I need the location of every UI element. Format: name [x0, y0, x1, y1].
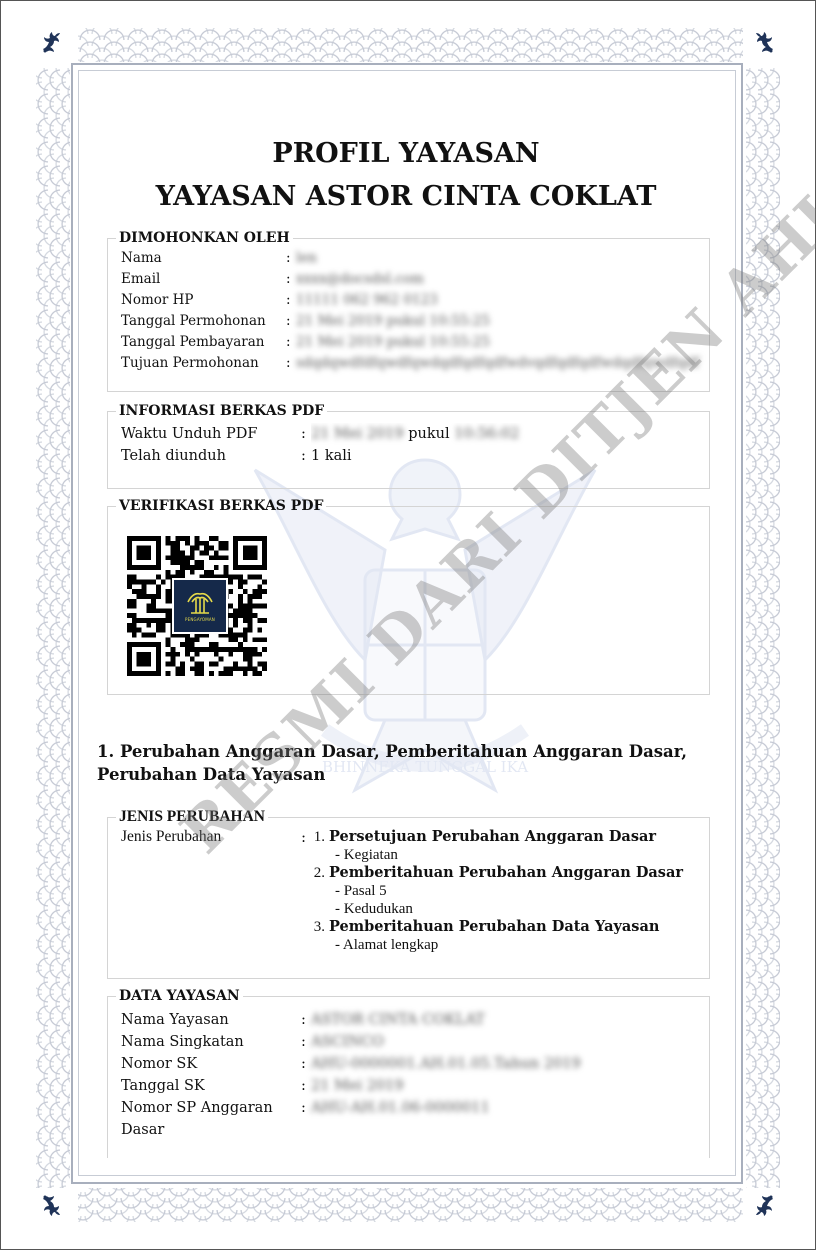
info-value: 11111 062 962 0123	[296, 290, 709, 311]
info-row: Nomor SK:AHU-0000001.AH.01.05.Tahun 2019	[121, 1053, 681, 1075]
info-value: xxxx@docsdsl.com	[296, 269, 709, 290]
info-label: Tanggal Permohonan	[121, 311, 286, 332]
info-value: 21 Mei 2019	[311, 1075, 681, 1097]
change-type-label: Jenis Perubahan	[121, 828, 301, 954]
corner-ornament-icon	[39, 29, 65, 55]
info-value: ASTOR CINTA COKLAT	[311, 1009, 681, 1031]
change-type-section: JENIS PERUBAHAN Jenis Perubahan : 1.Pers…	[107, 808, 710, 979]
pengayoman-tree-icon	[185, 590, 215, 616]
foundation-data-section: DATA YAYASAN Nama Yayasan:ASTOR CINTA CO…	[107, 988, 710, 1158]
download-time-value: 21 Mei 2019 pukul 10:56:02	[311, 423, 709, 445]
info-value: ASCINCO	[311, 1031, 681, 1053]
corner-ornament-icon	[751, 29, 777, 55]
download-time-row: Waktu Unduh PDF : 21 Mei 2019 pukul 10:5…	[121, 423, 709, 445]
change-type-item: 2.Pemberitahuan Perubahan Anggaran Dasar	[309, 864, 683, 882]
applicant-section: DIMOHONKAN OLEH Nama:lenEmail:xxxx@docsd…	[107, 230, 710, 392]
download-count-value: 1 kali	[311, 445, 709, 467]
info-row: Nama:len	[121, 248, 709, 269]
change-type-name: Persetujuan Perubahan Anggaran Dasar	[329, 828, 656, 845]
info-label: Tujuan Permohonan	[121, 353, 286, 374]
guilloche-border-right	[746, 68, 780, 1188]
corner-ornament-icon	[751, 1193, 777, 1219]
info-row: Tanggal SK:21 Mei 2019	[121, 1075, 681, 1097]
info-row: Tanggal Pembayaran:21 Mei 2019 pukul 10:…	[121, 332, 709, 353]
change-type-name: Pemberitahuan Perubahan Anggaran Dasar	[329, 864, 683, 881]
info-row: Tujuan Permohonan:sdqdqwdfdfqwdfqwdqdfqd…	[121, 353, 709, 374]
info-label: Nomor SP Anggaran Dasar	[121, 1097, 301, 1141]
info-row: Email:xxxx@docsdsl.com	[121, 269, 709, 290]
section-1-heading: 1. Perubahan Anggaran Dasar, Pemberitahu…	[97, 740, 697, 786]
foundation-rows: Nama Yayasan:ASTOR CINTA COKLATNama Sing…	[108, 1004, 681, 1141]
document-header: PROFIL YAYASAN YAYASAN ASTOR CINTA COKLA…	[96, 130, 716, 216]
info-row: Nama Yayasan:ASTOR CINTA COKLAT	[121, 1009, 681, 1031]
pdf-info-legend: INFORMASI BERKAS PDF	[116, 403, 327, 419]
info-value: 21 Mei 2019 pukul 10:55:25	[296, 332, 709, 353]
info-row: Tanggal Permohonan:21 Mei 2019 pukul 10:…	[121, 311, 709, 332]
document-title: PROFIL YAYASAN	[96, 135, 716, 173]
download-time-label: Waktu Unduh PDF	[121, 423, 301, 445]
pdf-info-section: INFORMASI BERKAS PDF Waktu Unduh PDF : 2…	[107, 403, 710, 489]
foundation-name-title: YAYASAN ASTOR CINTA COKLAT	[96, 178, 716, 216]
change-type-detail: - Pasal 5	[309, 882, 683, 900]
change-type-detail: - Kedudukan	[309, 900, 683, 918]
change-type-item: 1.Persetujuan Perubahan Anggaran Dasar	[309, 828, 683, 846]
info-label: Email	[121, 269, 286, 290]
change-type-detail: - Kegiatan	[309, 846, 683, 864]
info-value: sdqdqwdfdfqwdfqwdqdfqdfqdfwdvqdfqdfqdfwd…	[296, 353, 709, 374]
info-label: Tanggal Pembayaran	[121, 332, 286, 353]
info-row: Nomor HP:11111 062 962 0123	[121, 290, 709, 311]
info-label: Nomor SK	[121, 1053, 301, 1075]
pengayoman-logo: PENGAYOMAN	[172, 578, 228, 634]
change-type-list: 1.Persetujuan Perubahan Anggaran Dasar- …	[309, 828, 683, 954]
change-type-name: Pemberitahuan Perubahan Data Yayasan	[329, 918, 659, 935]
corner-ornament-icon	[39, 1193, 65, 1219]
info-label: Tanggal SK	[121, 1075, 301, 1097]
applicant-rows: Nama:lenEmail:xxxx@docsdsl.comNomor HP:1…	[108, 246, 709, 374]
guilloche-border-left	[36, 68, 70, 1188]
guilloche-border-bottom	[78, 1188, 743, 1222]
info-value: len	[296, 248, 709, 269]
download-count-row: Telah diunduh : 1 kali	[121, 445, 709, 467]
info-row: Nomor SP Anggaran Dasar:AHU-AH.01.06-000…	[121, 1097, 681, 1141]
info-label: Nama	[121, 248, 286, 269]
download-count-label: Telah diunduh	[121, 445, 301, 467]
change-type-item: 3.Pemberitahuan Perubahan Data Yayasan	[309, 918, 683, 936]
info-row: Nama Singkatan:ASCINCO	[121, 1031, 681, 1053]
info-value: AHU-AH.01.06-0000011	[311, 1097, 681, 1141]
info-label: Nama Yayasan	[121, 1009, 301, 1031]
applicant-legend: DIMOHONKAN OLEH	[116, 230, 293, 246]
info-value: AHU-0000001.AH.01.05.Tahun 2019	[311, 1053, 681, 1075]
change-type-legend: JENIS PERUBAHAN	[116, 808, 268, 826]
foundation-data-legend: DATA YAYASAN	[116, 988, 243, 1004]
guilloche-border-top	[78, 28, 743, 62]
download-time: 10:56:02	[454, 426, 519, 442]
info-label: Nomor HP	[121, 290, 286, 311]
change-type-detail: - Alamat lengkap	[309, 936, 683, 954]
info-value: 21 Mei 2019 pukul 10:55:25	[296, 311, 709, 332]
download-date: 21 Mei 2019	[311, 426, 404, 442]
info-label: Nama Singkatan	[121, 1031, 301, 1053]
pdf-verify-legend: VERIFIKASI BERKAS PDF	[116, 498, 326, 514]
pengayoman-label: PENGAYOMAN	[185, 617, 215, 622]
pukul-word: pukul	[408, 426, 449, 442]
